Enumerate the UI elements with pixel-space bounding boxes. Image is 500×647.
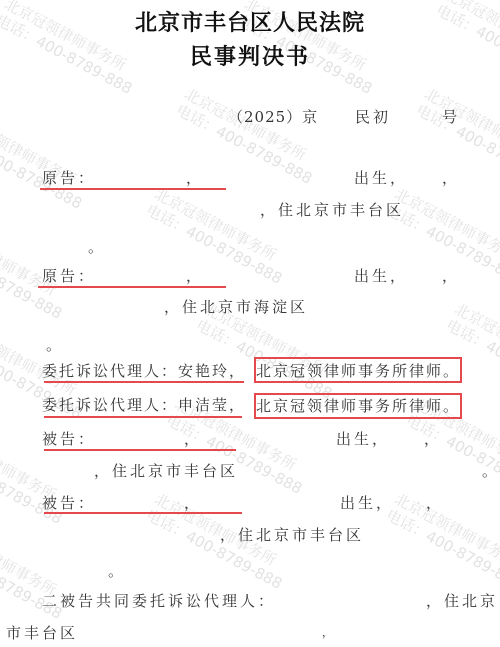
defendant-2-underline [44, 512, 242, 514]
defendant-1-comma: ， [184, 428, 202, 449]
plaintiff-2-underline [38, 286, 226, 288]
defendant-1-comma2: ， [424, 428, 442, 449]
defendant-2-role: 被告： [42, 492, 96, 513]
defendant-2-comma: ， [184, 492, 202, 513]
agent-2-underline [44, 416, 242, 418]
watermark: 北京冠领律师事务所电话：400-8789-888 [443, 300, 500, 403]
plaintiff-1-end: 。 [88, 236, 106, 257]
defendant-2-end: 。 [108, 560, 126, 581]
case-number-suffix: 号 [442, 106, 460, 127]
agent-2-firm: 北京冠领律师事务所律师。 [256, 395, 460, 416]
joint-agent-address-start: ，住北京 [426, 590, 498, 611]
plaintiff-2-address: ，住北京市海淀区 [164, 296, 308, 317]
agent-1-underline [44, 381, 244, 383]
joint-agent-trail: ， [322, 624, 336, 640]
plaintiff-2-born: 出生， [354, 265, 408, 286]
plaintiff-2-comma2: ， [442, 265, 460, 286]
agent-1-label: 委托诉讼代理人：安艳玲， [42, 360, 246, 381]
defendant-1-born: 出生， [336, 428, 390, 449]
plaintiff-1-born: 出生， [354, 167, 408, 188]
defendant-2-born: 出生， [340, 492, 394, 513]
plaintiff-1-comma2: ， [442, 167, 460, 188]
plaintiff-1-role: 原告： [42, 167, 96, 188]
plaintiff-1-underline [40, 188, 226, 190]
defendant-2-comma2: ， [426, 492, 444, 513]
defendant-1-underline [44, 449, 236, 451]
joint-agent-label: 二被告共同委托诉讼代理人： [42, 590, 276, 611]
watermark: 北京冠领律师事务所电话：400-8789-888 [0, 110, 94, 213]
court-name: 北京市丰台区人民法院 [0, 6, 500, 37]
document-type: 民事判决书 [0, 40, 500, 71]
plaintiff-2-role: 原告： [42, 265, 96, 286]
plaintiff-1-address: ，住北京市丰台区 [260, 199, 404, 220]
defendant-1-role: 被告： [42, 428, 96, 449]
agent-1-firm: 北京冠领律师事务所律师。 [256, 360, 460, 381]
plaintiff-1-comma: ， [186, 167, 204, 188]
defendant-1-address: ，住北京市丰台区 [94, 460, 238, 481]
defendant-1-end: 。 [482, 460, 500, 481]
agent-2-label: 委托诉讼代理人：申洁莹， [42, 394, 246, 415]
case-number-year: （2025）京 [228, 106, 318, 127]
plaintiff-2-end: 。 [46, 334, 64, 355]
defendant-2-address: ，住北京市丰台区 [220, 524, 364, 545]
joint-agent-address-end: 市丰台区 [6, 622, 78, 643]
plaintiff-2-comma: ， [186, 265, 204, 286]
case-number-type: 民初 [355, 106, 391, 127]
